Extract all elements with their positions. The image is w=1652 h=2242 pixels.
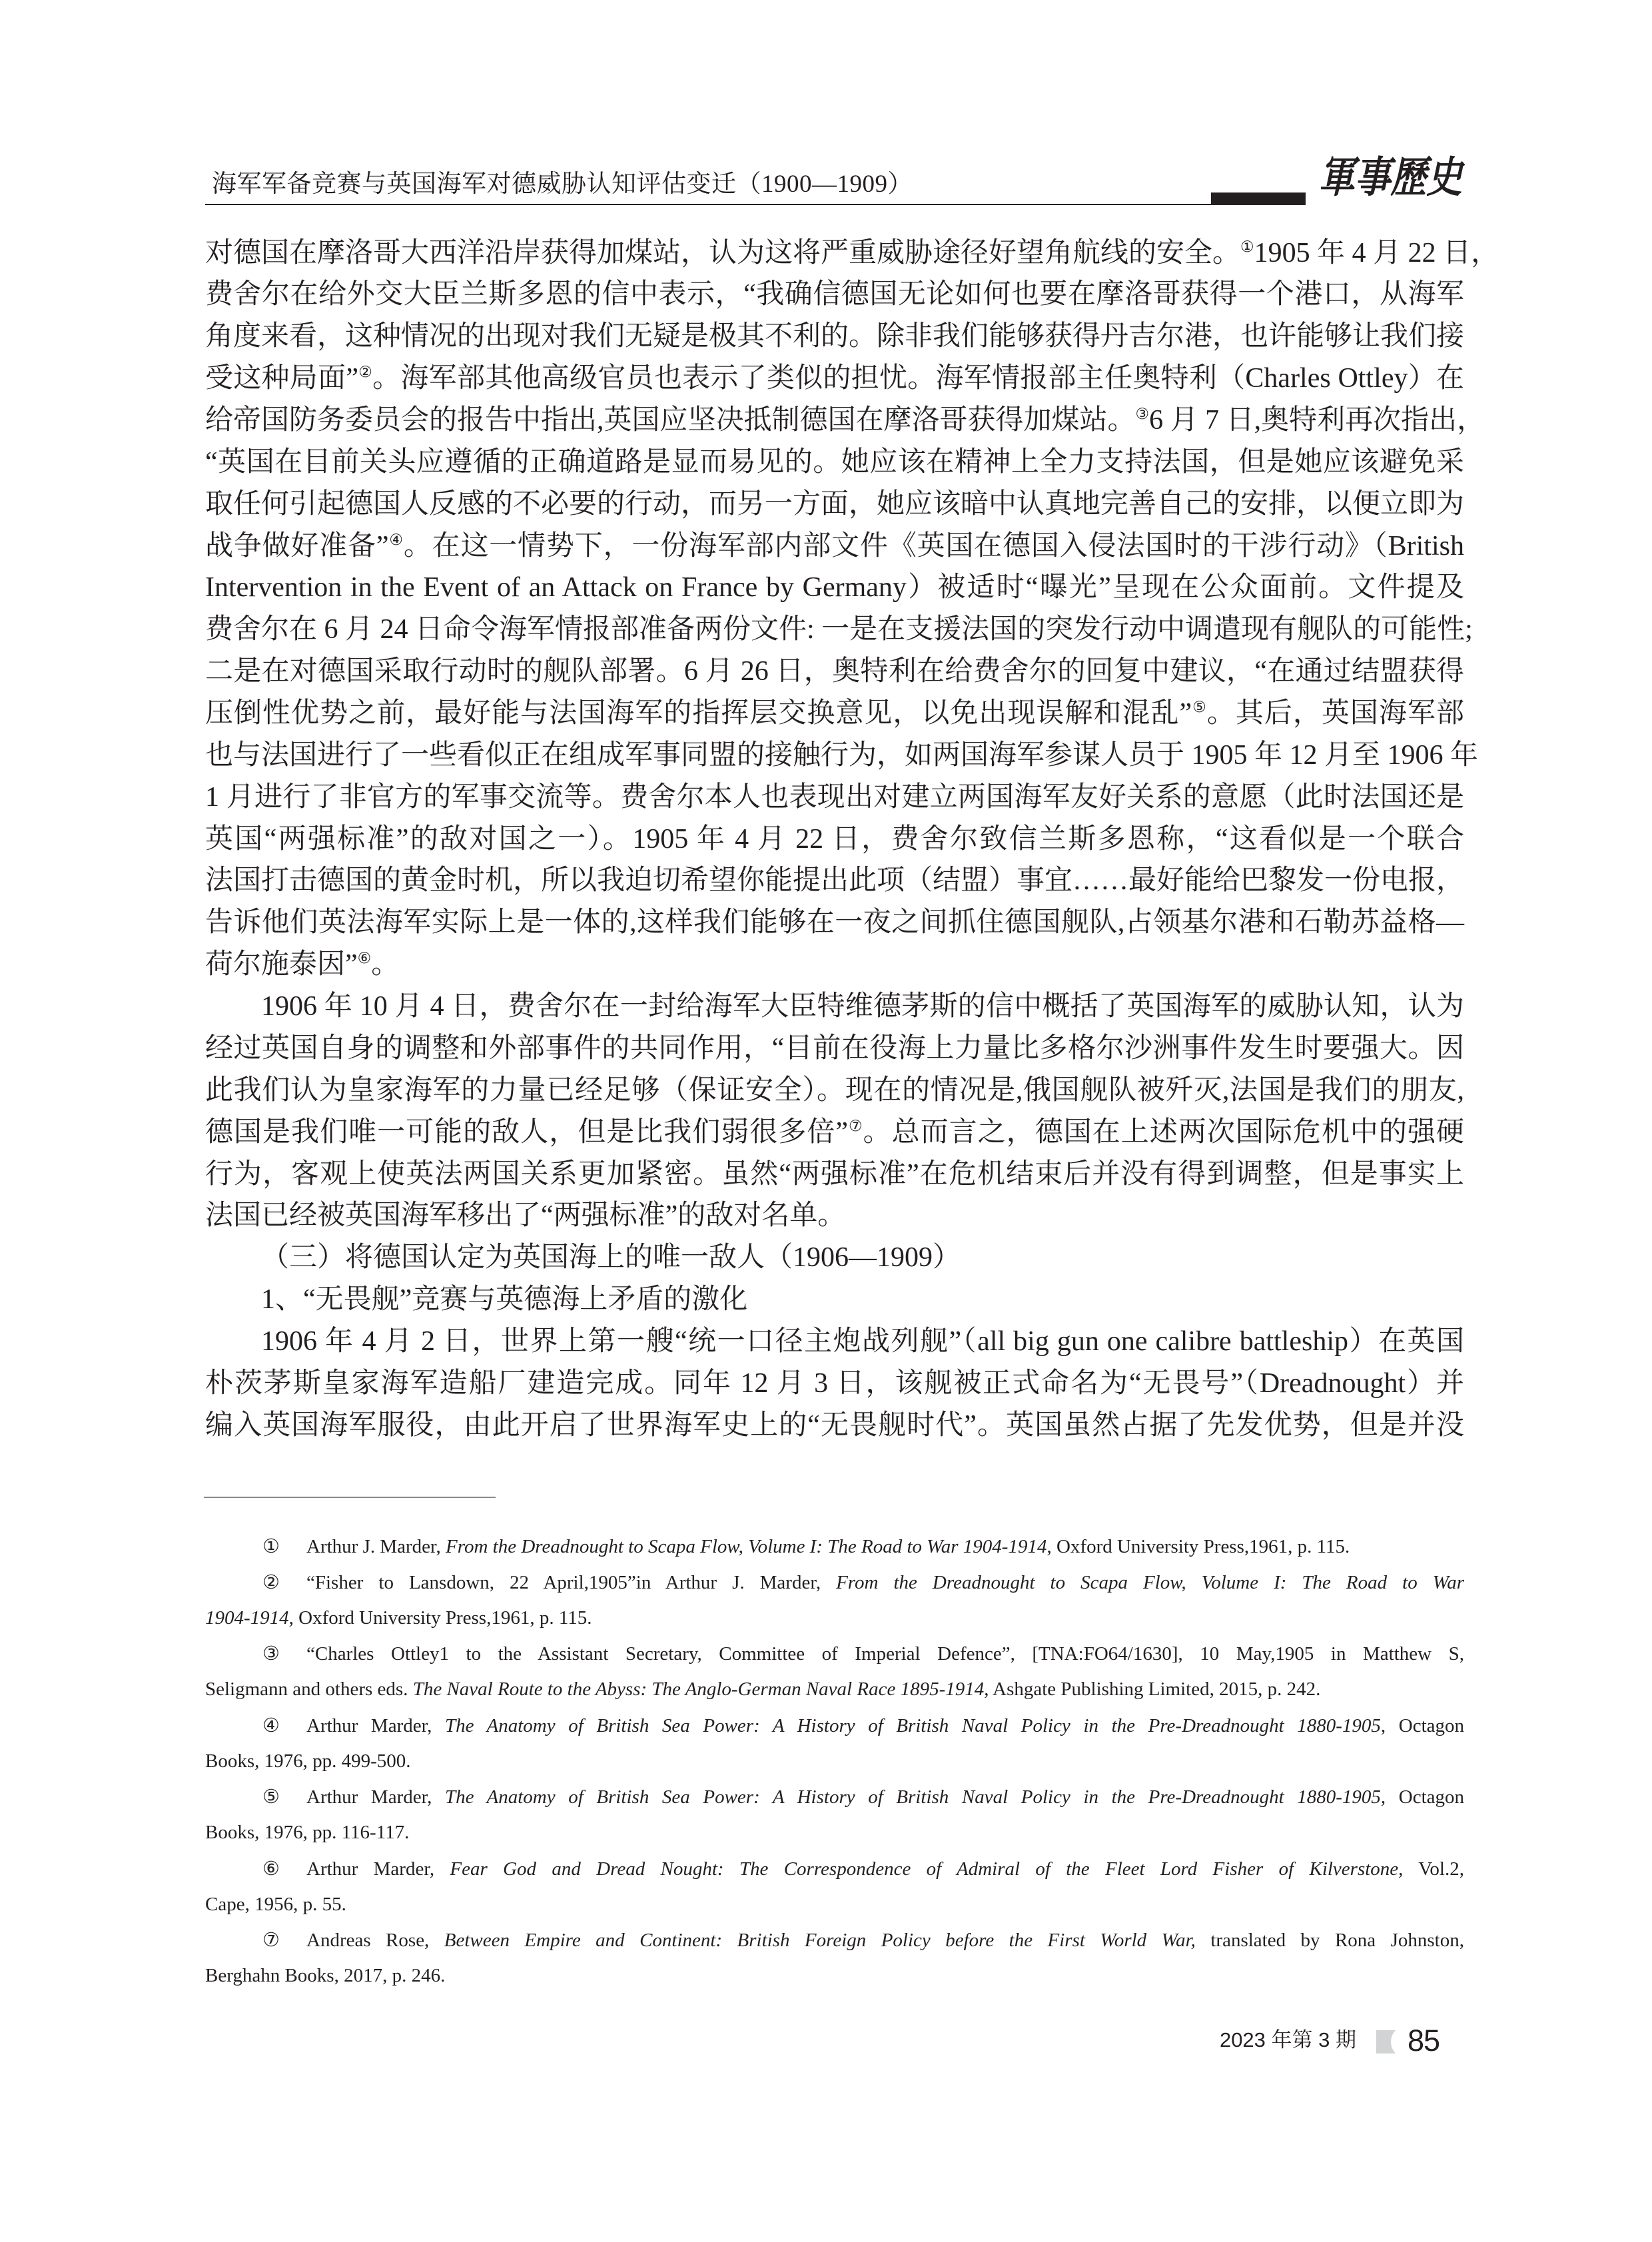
- footnote-number: ④: [262, 1708, 306, 1744]
- footnote-6: ⑥Arthur Marder, Fear God and Dread Nough…: [205, 1851, 1464, 1887]
- body-line: 1 月进行了非官方的军事交流等。费舍尔本人也表现出对建立两国海军友好关系的意愿（…: [205, 777, 1464, 819]
- body-line: 英国“两强标准”的敌对国之一）。1905 年 4 月 22 日，费舍尔致信兰斯多…: [205, 819, 1464, 861]
- body-line: 给帝国防务委员会的报告中指出,英国应坚决抵制德国在摩洛哥获得加煤站。③6 月 7…: [205, 400, 1464, 442]
- body-line: 告诉他们英法海军实际上是一体的,这样我们能够在一夜之间抓住德国舰队,占领基尔港和…: [205, 902, 1464, 944]
- body-line: 法国打击德国的黄金时机，所以我迫切希望你能提出此项（结盟）事宜……最好能给巴黎发…: [205, 860, 1464, 902]
- footnote-3: ③“Charles Ottley1 to the Assistant Secre…: [205, 1636, 1464, 1672]
- footnote-ref: ③: [1136, 406, 1150, 423]
- footnote-text: Arthur J. Marder,: [306, 1536, 446, 1557]
- body-line: 朴茨茅斯皇家海军造船厂建造完成。同年 12 月 3 日，该舰被正式命名为“无畏号…: [205, 1363, 1464, 1405]
- body-line: 战争做好准备”④。在这一情势下，一份海军部内部文件《英国在德国入侵法国时的干涉行…: [205, 526, 1464, 567]
- footnote-title: The Naval Route to the Abyss: The Anglo-…: [413, 1679, 985, 1700]
- footnote-number: ①: [262, 1529, 306, 1565]
- footnote-4-continued: Books, 1976, pp. 499-500.: [205, 1744, 1464, 1780]
- header-bar-block: [1211, 192, 1306, 205]
- footnote-text: Seligmann and others eds.: [205, 1679, 413, 1700]
- footnote-text: Arthur Marder,: [306, 1786, 445, 1808]
- footnote-4: ④Arthur Marder, The Anatomy of British S…: [205, 1708, 1464, 1744]
- body-line: 德国是我们唯一可能的敌人，但是比我们弱很多倍”⑦。总而言之，德国在上述两次国际危…: [205, 1112, 1464, 1154]
- footnote-text: Books, 1976, pp. 116-117.: [205, 1822, 409, 1843]
- footnote-text: translated by Rona Johnston,: [1196, 1930, 1464, 1951]
- page-number: 85: [1408, 2024, 1440, 2057]
- footnote-text: “Charles Ottley1 to the Assistant Secret…: [306, 1643, 1464, 1665]
- footnote-text: , Oxford University Press,1961, p. 115.: [1046, 1536, 1350, 1557]
- footnote-number: ⑦: [262, 1922, 306, 1958]
- footnote-ref: ②: [358, 364, 372, 381]
- footnote-number: ⑥: [262, 1851, 306, 1887]
- body-text: 给帝国防务委员会的报告中指出,英国应坚决抵制德国在摩洛哥获得加煤站。: [205, 405, 1136, 436]
- body-text: 。总而言之，德国在上述两次国际危机中的强硬: [863, 1117, 1464, 1148]
- footnote-number: ③: [262, 1636, 306, 1672]
- body-text: 对德国在摩洛哥大西洋沿岸获得加煤站，认为这将严重威胁途径好望角航线的安全。: [205, 238, 1240, 268]
- footnote-number: ②: [262, 1565, 306, 1601]
- footnote-text: Arthur Marder,: [306, 1715, 445, 1736]
- footnote-separator: [204, 1497, 496, 1498]
- footnote-6-continued: Cape, 1956, p. 55.: [205, 1887, 1464, 1923]
- footnote-title: Fear God and Dread Nought: The Correspon…: [450, 1858, 1403, 1880]
- footnote-text: “Fisher to Lansdown, 22 April,1905”in Ar…: [306, 1572, 836, 1593]
- footnote-title: 1904-1914,: [205, 1607, 294, 1629]
- footnote-text: , Octagon: [1381, 1786, 1464, 1808]
- footnote-5-continued: Books, 1976, pp. 116-117.: [205, 1815, 1464, 1851]
- footnote-1: ①Arthur J. Marder, From the Dreadnought …: [205, 1529, 1464, 1565]
- body-text: 6 月 7 日,奥特利再次指出，: [1149, 405, 1485, 436]
- body-line: 对德国在摩洛哥大西洋沿岸获得加煤站，认为这将严重威胁途径好望角航线的安全。①19…: [205, 232, 1464, 274]
- body-text: 德国是我们唯一可能的敌人，但是比我们弱很多倍”: [205, 1117, 848, 1148]
- body-line: 取任何引起德国人反感的不必要的行动，而另一方面，她应该暗中认真地完善自己的安排，…: [205, 484, 1464, 526]
- running-title: 海军军备竞赛与英国海军对德威胁认知评估变迁（1900—1909）: [212, 167, 913, 202]
- footnote-text: Vol.2,: [1403, 1858, 1464, 1880]
- body-text: 。其后，英国海军部: [1207, 698, 1464, 729]
- body-line: 1906 年 10 月 4 日，费舍尔在一封给海军大臣特维德茅斯的信中概括了英国…: [205, 986, 1464, 1028]
- body-text: 。在这一情势下，一份海军部内部文件《英国在德国入侵法国时的干涉行动》（Briti…: [404, 531, 1464, 561]
- body-line: 此我们认为皇家海军的力量已经足够（保证安全）。现在的情况是,俄国舰队被歼灭,法国…: [205, 1070, 1464, 1112]
- footnotes: ①Arthur J. Marder, From the Dreadnought …: [205, 1529, 1464, 1994]
- footnote-ref: ④: [389, 532, 404, 549]
- body-line: 二是在对德国采取行动时的舰队部署。6 月 26 日，奥特利在给费舍尔的回复中建议…: [205, 651, 1464, 693]
- footnote-title: The Anatomy of British Sea Power: A Hist…: [445, 1715, 1381, 1736]
- body-line: 压倒性优势之前，最好能与法国海军的指挥层交换意见，以免出现误解和混乱”⑤。其后，…: [205, 693, 1464, 735]
- body-text: 受这种局面”: [205, 363, 358, 394]
- body-line: 编入英国海军服役，由此开启了世界海军史上的“无畏舰时代”。英国虽然占据了先发优势…: [205, 1405, 1464, 1447]
- article-body: 对德国在摩洛哥大西洋沿岸获得加煤站，认为这将严重威胁途径好望角航线的安全。①19…: [205, 232, 1464, 1447]
- body-line: 行为，客观上使英法两国关系更加紧密。虽然“两强标准”在危机结束后并没有得到调整，…: [205, 1154, 1464, 1196]
- footnote-3-continued: Seligmann and others eds. The Naval Rout…: [205, 1672, 1464, 1708]
- footnote-text: Arthur Marder,: [306, 1858, 450, 1880]
- body-text: 压倒性优势之前，最好能与法国海军的指挥层交换意见，以免出现误解和混乱”: [205, 698, 1192, 729]
- footnote-title: The Anatomy of British Sea Power: A Hist…: [445, 1786, 1381, 1808]
- footnote-7-continued: Berghahn Books, 2017, p. 246.: [205, 1958, 1464, 1994]
- footnote-ref: ⑥: [358, 950, 372, 967]
- subsection-heading: 1、“无畏舰”竞赛与英德海上矛盾的激化: [205, 1279, 1464, 1321]
- footnote-ref: ①: [1240, 238, 1254, 256]
- journal-logo: 軍事歷史: [1319, 151, 1462, 205]
- footnote-title: From the Dreadnought to Scapa Flow, Volu…: [836, 1572, 1464, 1593]
- body-line: “英国在目前关头应遵循的正确道路是显而易见的。她应该在精神上全力支持法国，但是她…: [205, 442, 1464, 484]
- body-line: 经过英国自身的调整和外部事件的共同作用，“目前在役海上力量比多格尔沙洲事件发生时…: [205, 1028, 1464, 1070]
- body-text: 1905 年 4 月 22 日，: [1254, 238, 1499, 268]
- footnote-2: ②“Fisher to Lansdown, 22 April,1905”in A…: [205, 1565, 1464, 1601]
- footnote-ref: ⑦: [848, 1118, 863, 1135]
- footnote-5: ⑤Arthur Marder, The Anatomy of British S…: [205, 1779, 1464, 1815]
- footnote-title: Between Empire and Continent: British Fo…: [444, 1930, 1196, 1951]
- footnote-title: From the Dreadnought to Scapa Flow, Volu…: [446, 1536, 1046, 1557]
- body-line: 角度来看，这种情况的出现对我们无疑是极其不利的。除非我们能够获得丹吉尔港，也许能…: [205, 316, 1464, 358]
- footnote-text: Oxford University Press,1961, p. 115.: [294, 1607, 592, 1629]
- body-text: 。海军部其他高级官员也表示了类似的担忧。海军情报部主任奥特利（Charles O…: [372, 363, 1464, 394]
- body-line: 荷尔施泰因”⑥。: [205, 944, 1464, 986]
- body-line: Intervention in the Event of an Attack o…: [205, 567, 1464, 609]
- footnote-ref: ⑤: [1192, 699, 1207, 716]
- footnote-text: , Ashgate Publishing Limited, 2015, p. 2…: [984, 1679, 1320, 1700]
- body-line: 1906 年 4 月 2 日，世界上第一艘“统一口径主炮战列舰”（all big…: [205, 1321, 1464, 1363]
- footnote-text: , Octagon: [1381, 1715, 1464, 1736]
- page-tab-icon: [1376, 2030, 1404, 2054]
- footnote-number: ⑤: [262, 1779, 306, 1815]
- body-text: 。: [371, 949, 399, 980]
- body-line: 费舍尔在 6 月 24 日命令海军情报部准备两份文件: 一是在支援法国的突发行动…: [205, 609, 1464, 651]
- footnote-7: ⑦Andreas Rose, Between Empire and Contin…: [205, 1922, 1464, 1958]
- body-line: 受这种局面”②。海军部其他高级官员也表示了类似的担忧。海军情报部主任奥特利（Ch…: [205, 358, 1464, 400]
- footnote-text: Books, 1976, pp. 499-500.: [205, 1750, 411, 1772]
- body-line: 法国已经被英国海军移出了“两强标准”的敌对名单。: [205, 1195, 1464, 1237]
- footnote-text: Andreas Rose,: [306, 1930, 444, 1951]
- body-text: 荷尔施泰因”: [205, 949, 358, 980]
- issue-label: 2023 年第 3 期: [1199, 2027, 1356, 2054]
- body-line: 费舍尔在给外交大臣兰斯多恩的信中表示，“我确信德国无论如何也要在摩洛哥获得一个港…: [205, 274, 1464, 316]
- footnote-2-continued: 1904-1914, Oxford University Press,1961,…: [205, 1601, 1464, 1637]
- section-heading: （三）将德国认定为英国海上的唯一敌人（1906—1909）: [205, 1237, 1464, 1279]
- footnote-text: Cape, 1956, p. 55.: [205, 1894, 346, 1915]
- body-text: 战争做好准备”: [205, 531, 389, 561]
- body-line: 也与法国进行了一些看似正在组成军事同盟的接触行为，如两国海军参谋人员于 1905…: [205, 735, 1464, 777]
- footnote-text: Berghahn Books, 2017, p. 246.: [205, 1965, 445, 1986]
- header-rule: [205, 204, 1212, 205]
